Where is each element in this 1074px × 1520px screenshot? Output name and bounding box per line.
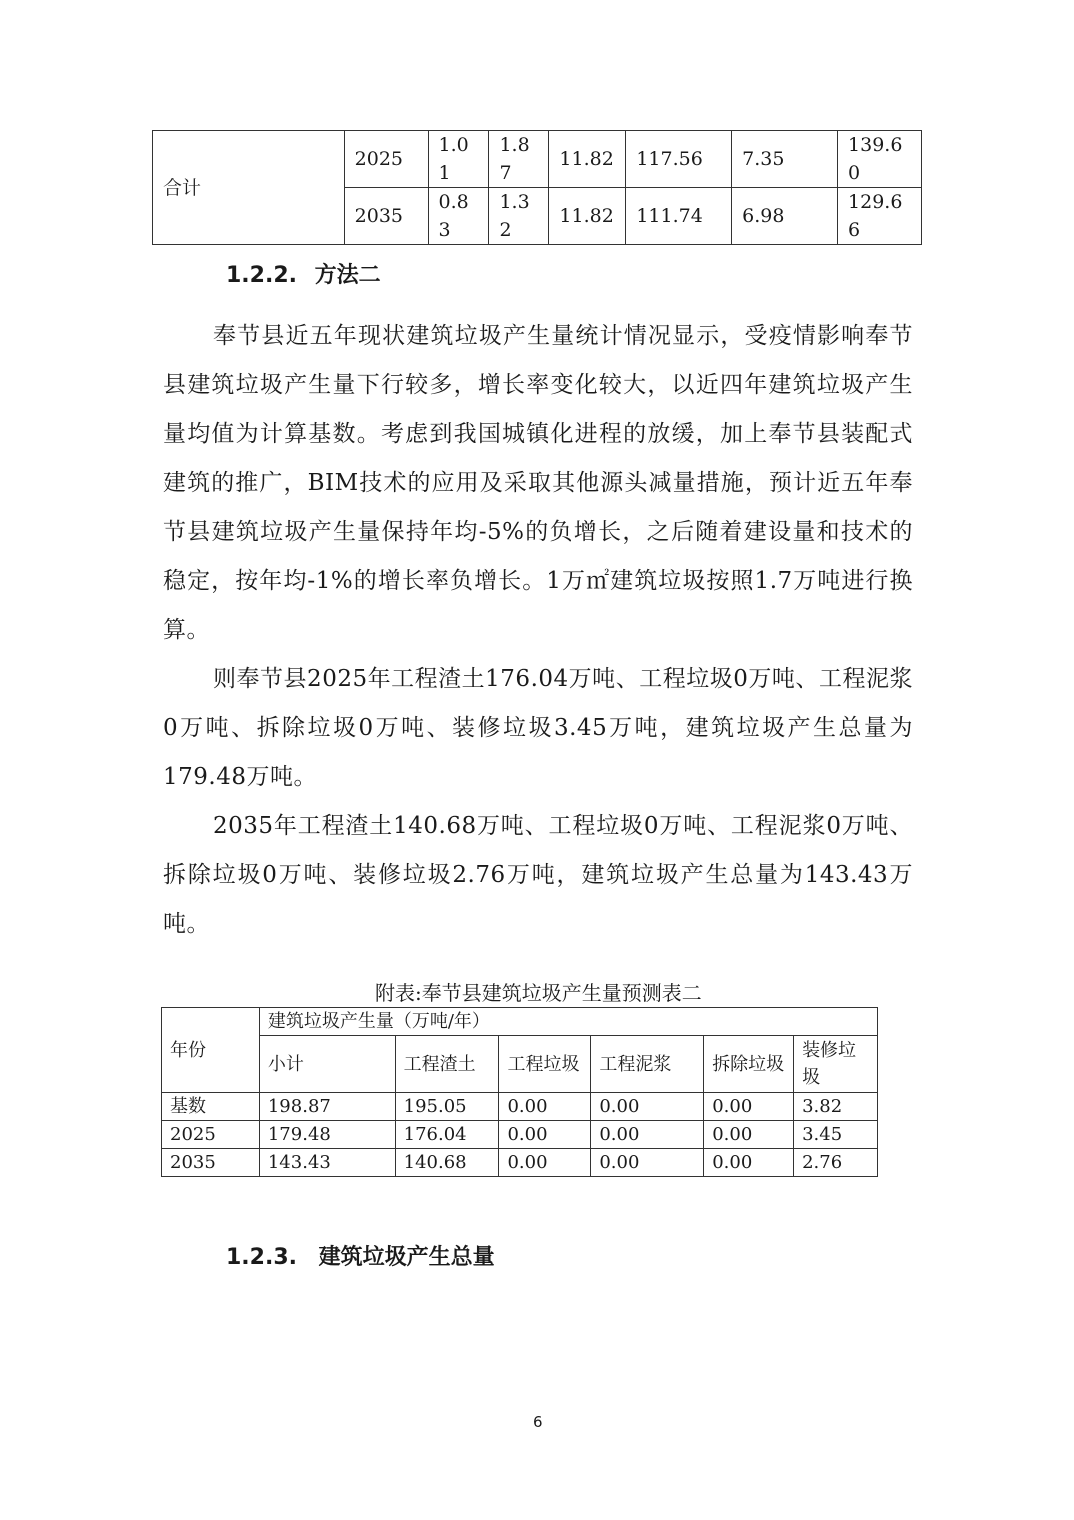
value-cell: 139.60 [838,131,922,188]
year-cell: 基数 [162,1093,260,1121]
value-cell: 0.00 [499,1093,591,1121]
section-number: 1.2.3. [226,1245,297,1270]
section-heading-1-2-2: 1.2.2. 方法二 [226,258,381,289]
value-cell: 0.00 [704,1121,794,1149]
value-cell: 198.87 [259,1093,395,1121]
year-column-header: 年份 [162,1008,260,1093]
table-row: 2035 143.43 140.68 0.00 0.00 0.00 2.76 [162,1149,878,1177]
paragraph: 则奉节县2025年工程渣土176.04万吨、工程垃圾0万吨、工程泥浆0万吨、拆除… [163,655,913,802]
value-cell: 0.00 [499,1149,591,1177]
value-cell: 2.76 [794,1149,878,1177]
value-cell: 0.83 [428,188,489,245]
value-cell: 0.00 [591,1121,704,1149]
table-caption: 附表:奉节县建筑垃圾产生量预测表二 [375,977,702,1006]
row-label-total: 合计 [153,131,345,245]
page-number: 6 [533,1413,543,1431]
year-cell: 2035 [162,1149,260,1177]
value-cell: 6.98 [732,188,838,245]
section-title: 方法二 [315,263,381,288]
group-header: 建筑垃圾产生量（万吨/年） [259,1008,877,1036]
value-cell: 179.48 [259,1121,395,1149]
section-number: 1.2.2. [226,263,297,288]
table-header-row: 小计 工程渣土 工程垃圾 工程泥浆 拆除垃圾 装修垃圾 [162,1036,878,1093]
paragraph: 2035年工程渣土140.68万吨、工程垃圾0万吨、工程泥浆0万吨、拆除垃圾0万… [163,802,913,949]
column-header: 工程泥浆 [591,1036,704,1093]
value-cell: 143.43 [259,1149,395,1177]
value-cell: 0.00 [704,1149,794,1177]
table-header-row: 年份 建筑垃圾产生量（万吨/年） [162,1008,878,1036]
value-cell: 129.66 [838,188,922,245]
value-cell: 11.82 [549,188,626,245]
column-header: 工程渣土 [395,1036,499,1093]
value-cell: 3.45 [794,1121,878,1149]
year-cell: 2025 [162,1121,260,1149]
value-cell: 111.74 [626,188,732,245]
column-header: 拆除垃圾 [704,1036,794,1093]
body-text: 奉节县近五年现状建筑垃圾产生量统计情况显示，受疫情影响奉节县建筑垃圾产生量下行较… [163,312,913,949]
paragraph: 奉节县近五年现状建筑垃圾产生量统计情况显示，受疫情影响奉节县建筑垃圾产生量下行较… [163,312,913,655]
value-cell: 0.00 [591,1093,704,1121]
summary-table-continued: 合计 2025 1.01 1.87 11.82 117.56 7.35 139.… [152,130,922,245]
column-header: 工程垃圾 [499,1036,591,1093]
table-row: 2025 179.48 176.04 0.00 0.00 0.00 3.45 [162,1121,878,1149]
value-cell: 176.04 [395,1121,499,1149]
year-cell: 2025 [344,131,428,188]
value-cell: 195.05 [395,1093,499,1121]
value-cell: 1.01 [428,131,489,188]
value-cell: 140.68 [395,1149,499,1177]
year-cell: 2035 [344,188,428,245]
value-cell: 11.82 [549,131,626,188]
value-cell: 7.35 [732,131,838,188]
table-row: 基数 198.87 195.05 0.00 0.00 0.00 3.82 [162,1093,878,1121]
section-heading-1-2-3: 1.2.3. 建筑垃圾产生总量 [226,1240,495,1271]
value-cell: 0.00 [591,1149,704,1177]
value-cell: 1.87 [489,131,549,188]
value-cell: 1.32 [489,188,549,245]
value-cell: 0.00 [499,1121,591,1149]
table-row: 合计 2025 1.01 1.87 11.82 117.56 7.35 139.… [153,131,922,188]
forecast-table: 年份 建筑垃圾产生量（万吨/年） 小计 工程渣土 工程垃圾 工程泥浆 拆除垃圾 … [161,1007,878,1177]
section-title: 建筑垃圾产生总量 [319,1245,495,1270]
column-header: 装修垃圾 [794,1036,878,1093]
value-cell: 117.56 [626,131,732,188]
value-cell: 3.82 [794,1093,878,1121]
column-header: 小计 [259,1036,395,1093]
value-cell: 0.00 [704,1093,794,1121]
